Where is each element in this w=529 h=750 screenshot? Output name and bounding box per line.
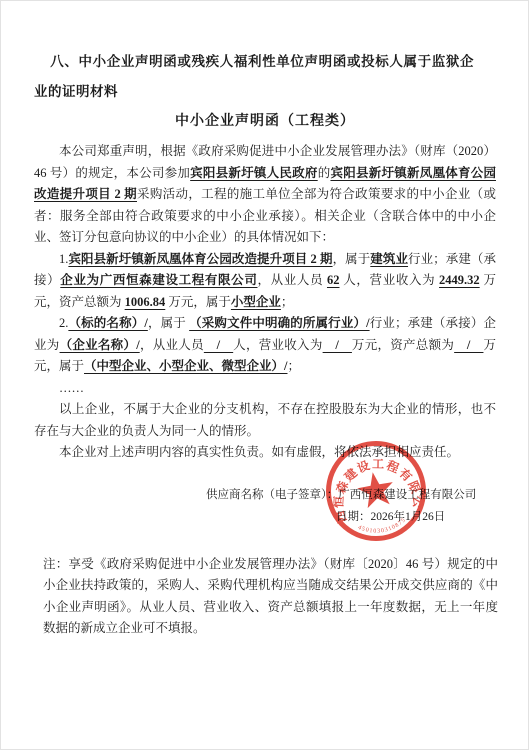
signature-date-line: 日期：2026年1月26日 bbox=[336, 506, 528, 528]
footnote: 注：享受《政府采购促进中小企业发展管理办法》（财库〔2020〕46 号）规定的中… bbox=[43, 554, 498, 640]
document-title: 中小企业声明函（工程类） bbox=[34, 111, 496, 132]
item-2: 2.（标的名称）/，属于 （采购文件中明确的所属行业）/行业；承建（承接）企业为… bbox=[34, 313, 496, 378]
supplier-name-line: 供应商名称（电子签章）：广西恒森建设工程有限公司 bbox=[206, 484, 528, 506]
responsibility-statement: 本企业对上述声明内容的真实性负责。如有虚假，将依法承担相应责任。 bbox=[34, 442, 496, 464]
declaration-document-page: 八、中小企业声明函或残疾人福利性单位声明函或投标人属于监狱企业的证明材料 中小企… bbox=[0, 0, 529, 750]
no-large-enterprise-statement: 以上企业，不属于大企业的分支机构，不存在控股股东为大企业的情形，也不存在与大企业… bbox=[34, 399, 496, 442]
ellipsis-line: …… bbox=[34, 378, 496, 400]
item-1: 1.宾阳县新圩镇新凤凰体育公园改造提升项目 2 期，属于建筑业行业；承建（承接）… bbox=[34, 249, 496, 314]
declaration-intro: 本公司郑重声明，根据《政府采购促进中小企业发展管理办法》（财库（2020）46 … bbox=[34, 141, 496, 249]
declaration-body: 本公司郑重声明，根据《政府采购促进中小企业发展管理办法》（财库（2020）46 … bbox=[34, 141, 496, 464]
signature-block: 供应商名称（电子签章）：广西恒森建设工程有限公司 日期：2026年1月26日 bbox=[1, 484, 528, 528]
section-heading: 八、中小企业声明函或残疾人福利性单位声明函或投标人属于监狱企业的证明材料 bbox=[34, 47, 474, 107]
